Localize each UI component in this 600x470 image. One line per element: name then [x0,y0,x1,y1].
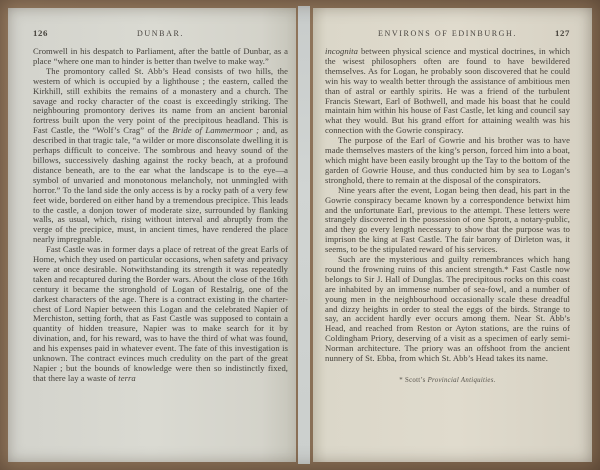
page-gap [298,6,310,464]
paragraph: Nine years after the event, Logan being … [325,186,570,255]
paragraph: Cromwell in his despatch to Parliament, … [33,47,288,67]
running-head-right: ENVIRONS OF EDINBURGH. 127 [325,29,570,41]
paragraph: The purpose of the Earl of Gowrie and hi… [325,136,570,186]
right-page-text: incognita between physical science and m… [325,47,570,386]
paragraph: Fast Castle was in former days a place o… [33,245,288,384]
left-page: 126 DUNBAR. Cromwell in his despatch to … [8,8,296,462]
paragraph: The promontory called St. Abb’s Head con… [33,67,288,245]
page-number-right: 127 [555,28,570,38]
book-spread-photo: 126 DUNBAR. Cromwell in his despatch to … [0,0,600,470]
left-page-text: Cromwell in his despatch to Parliament, … [33,47,288,384]
running-title-left: DUNBAR. [33,29,288,38]
running-head-left: 126 DUNBAR. [33,29,288,41]
running-title-right: ENVIRONS OF EDINBURGH. [325,29,570,38]
paragraph: Such are the mysterious and guilty remem… [325,255,570,364]
page-number-left: 126 [33,28,48,38]
footnote: * Scott’s Provincial Antiquities. [325,376,570,386]
paragraph: incognita between physical science and m… [325,47,570,136]
right-page: ENVIRONS OF EDINBURGH. 127 incognita bet… [313,8,592,462]
